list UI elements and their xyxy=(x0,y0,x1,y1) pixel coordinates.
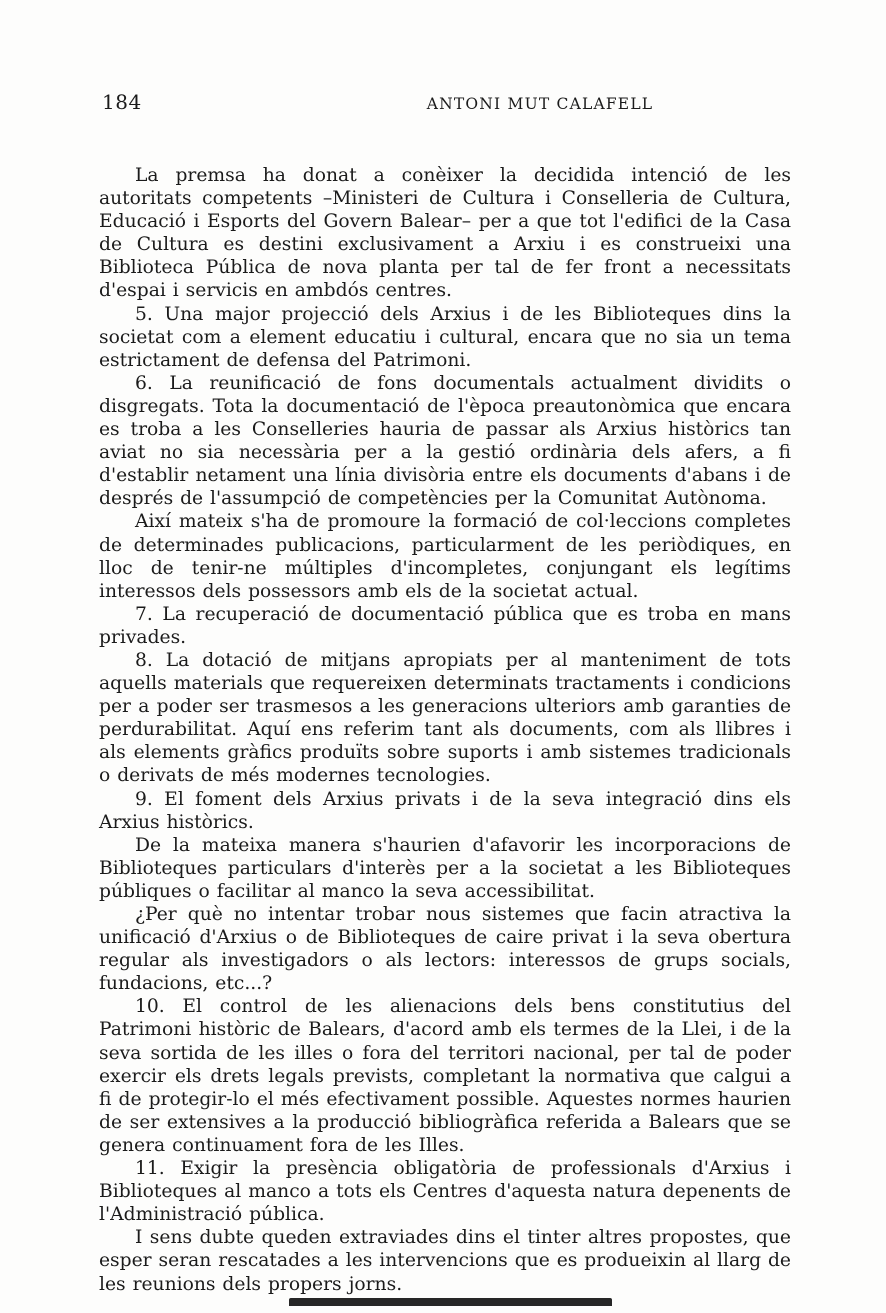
paragraph-item-9: 9. El foment dels Arxius privats i de la… xyxy=(99,788,791,834)
body-text-block: La premsa ha donat a conèixer la decidid… xyxy=(99,164,791,1296)
paragraph-item-6b: Així mateix s'ha de promoure la formació… xyxy=(99,510,791,602)
scanned-book-page: 184 ANTONI MUT CALAFELL La premsa ha don… xyxy=(0,0,886,1313)
running-head: ANTONI MUT CALAFELL xyxy=(427,95,654,113)
paragraph-closing: I sens dubte queden extraviades dins el … xyxy=(99,1226,791,1295)
page-number: 184 xyxy=(102,90,142,114)
paragraph-item-10: 10. El control de les alienacions dels b… xyxy=(99,995,791,1157)
scan-edge-artifact xyxy=(289,1298,612,1306)
paragraph-item-5: 5. Una major projecció dels Arxius i de … xyxy=(99,303,791,372)
paragraph-item-7: 7. La recuperació de documentació públic… xyxy=(99,603,791,649)
paragraph-item-8: 8. La dotació de mitjans apropiats per a… xyxy=(99,649,791,788)
paragraph-intro: La premsa ha donat a conèixer la decidid… xyxy=(99,164,791,303)
paragraph-item-9b: De la mateixa manera s'haurien d'afavori… xyxy=(99,834,791,903)
paragraph-item-11: 11. Exigir la presència obligatòria de p… xyxy=(99,1157,791,1226)
paragraph-item-6: 6. La reunificació de fons documentals a… xyxy=(99,372,791,511)
paragraph-item-9c: ¿Per què no intentar trobar nous sisteme… xyxy=(99,903,791,995)
